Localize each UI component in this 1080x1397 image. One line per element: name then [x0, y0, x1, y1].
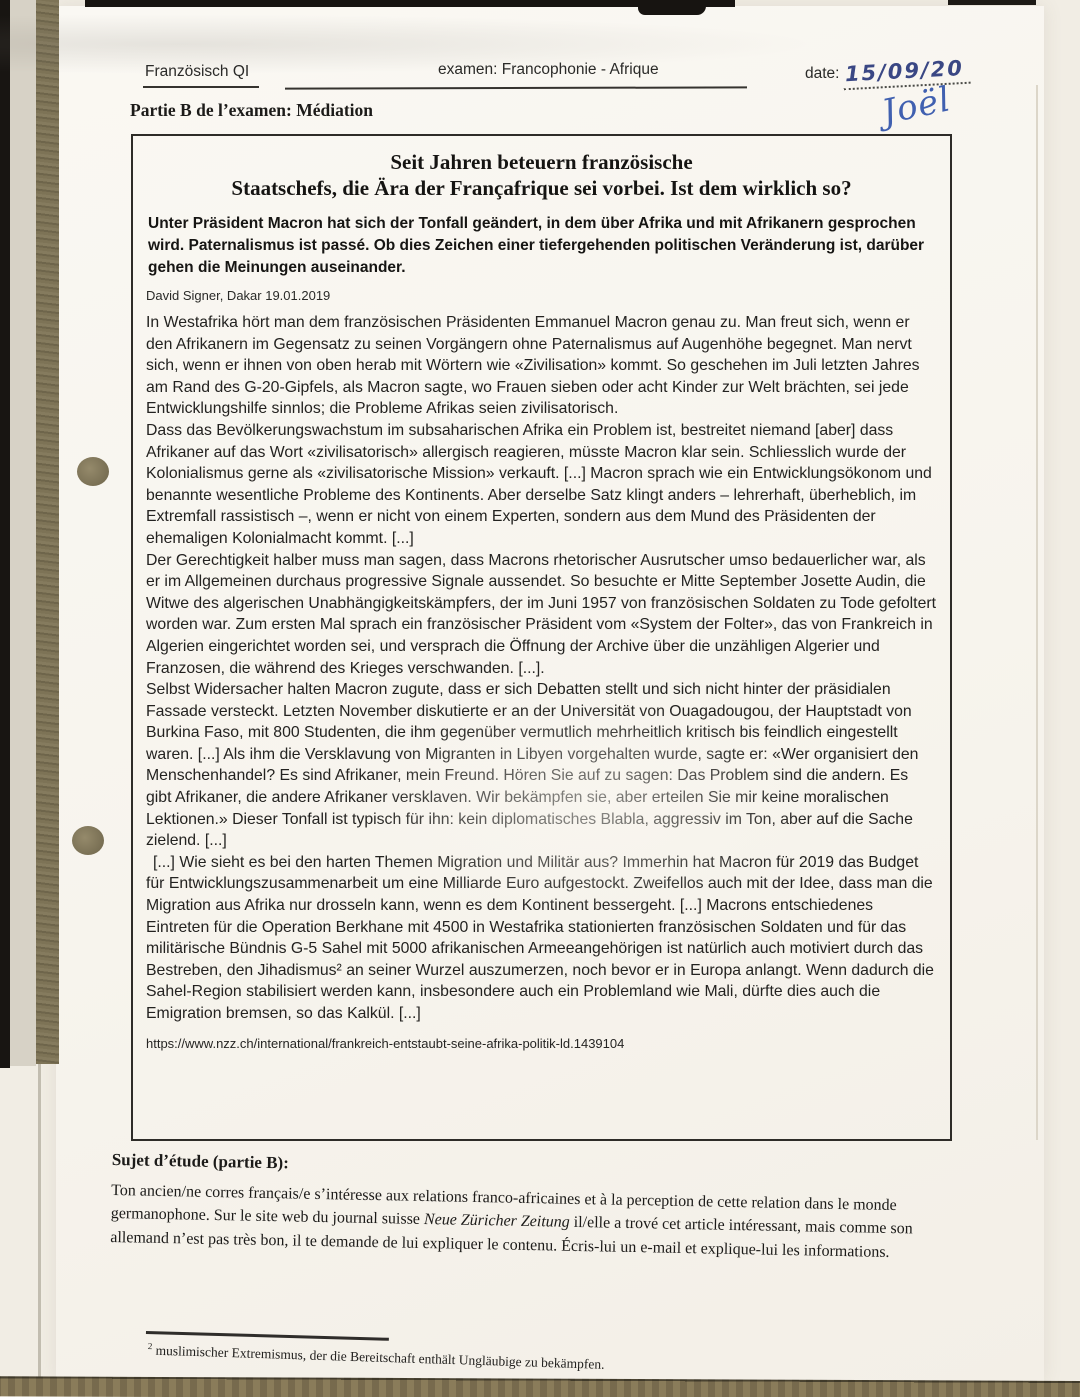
article-title-line2: Staatschefs, die Ära der Françafrique se…: [146, 175, 937, 201]
exam-title: examen: Francophonie - Afrique: [438, 61, 659, 79]
footnote-marker: 2: [148, 1341, 153, 1351]
task-section: Sujet d’étude (partie B): Ton ancien/ne …: [110, 1150, 962, 1266]
scan-bottom-band: [0, 1376, 1080, 1397]
scan-left-olive-band: [36, 0, 59, 1064]
hole-punch-bottom: [72, 826, 104, 855]
scanned-exam-page: Französisch QI examen: Francophonie - Af…: [0, 0, 1080, 1397]
course-underline: [143, 86, 259, 88]
page-fold-line: [1036, 85, 1038, 1140]
section-title: Partie B de l’examen: Médiation: [130, 100, 373, 121]
date-label: date:: [805, 65, 839, 82]
scan-top-right-mark: [948, 0, 1036, 5]
article-source-url: https://www.nzz.ch/international/frankre…: [146, 1036, 937, 1051]
article-lead: Unter Präsident Macron hat sich der Tonf…: [148, 213, 935, 279]
article-box: Seit Jahren beteuern französische Staats…: [131, 134, 952, 1141]
date-handwritten-value: 15/09/20: [843, 56, 971, 91]
task-journal-name: Neue Züricher Zeitung: [424, 1211, 570, 1231]
article-paragraph: Dass das Bevölkerungswachstum im subsaha…: [146, 420, 937, 550]
article-paragraph: In Westafrika hört man dem französischen…: [146, 312, 937, 420]
article-paragraph: Selbst Widersacher halten Macron zugute,…: [146, 679, 937, 852]
article-paragraph: Der Gerechtigkeit halber muss man sagen,…: [146, 550, 937, 680]
article-byline: David Signer, Dakar 19.01.2019: [146, 288, 937, 303]
hole-punch-top: [77, 457, 109, 486]
course-label: Französisch QI: [145, 63, 249, 81]
scan-top-dark-blob: [638, 0, 706, 15]
scan-left-gap: [10, 0, 36, 1066]
article-title-line1: Seit Jahren beteuern französische: [146, 149, 937, 175]
scan-left-thin-line: [38, 1064, 41, 1380]
scan-left-black-edge: [0, 0, 10, 1068]
article-paragraph: [...] Wie sieht es bei den harten Themen…: [146, 852, 937, 1025]
